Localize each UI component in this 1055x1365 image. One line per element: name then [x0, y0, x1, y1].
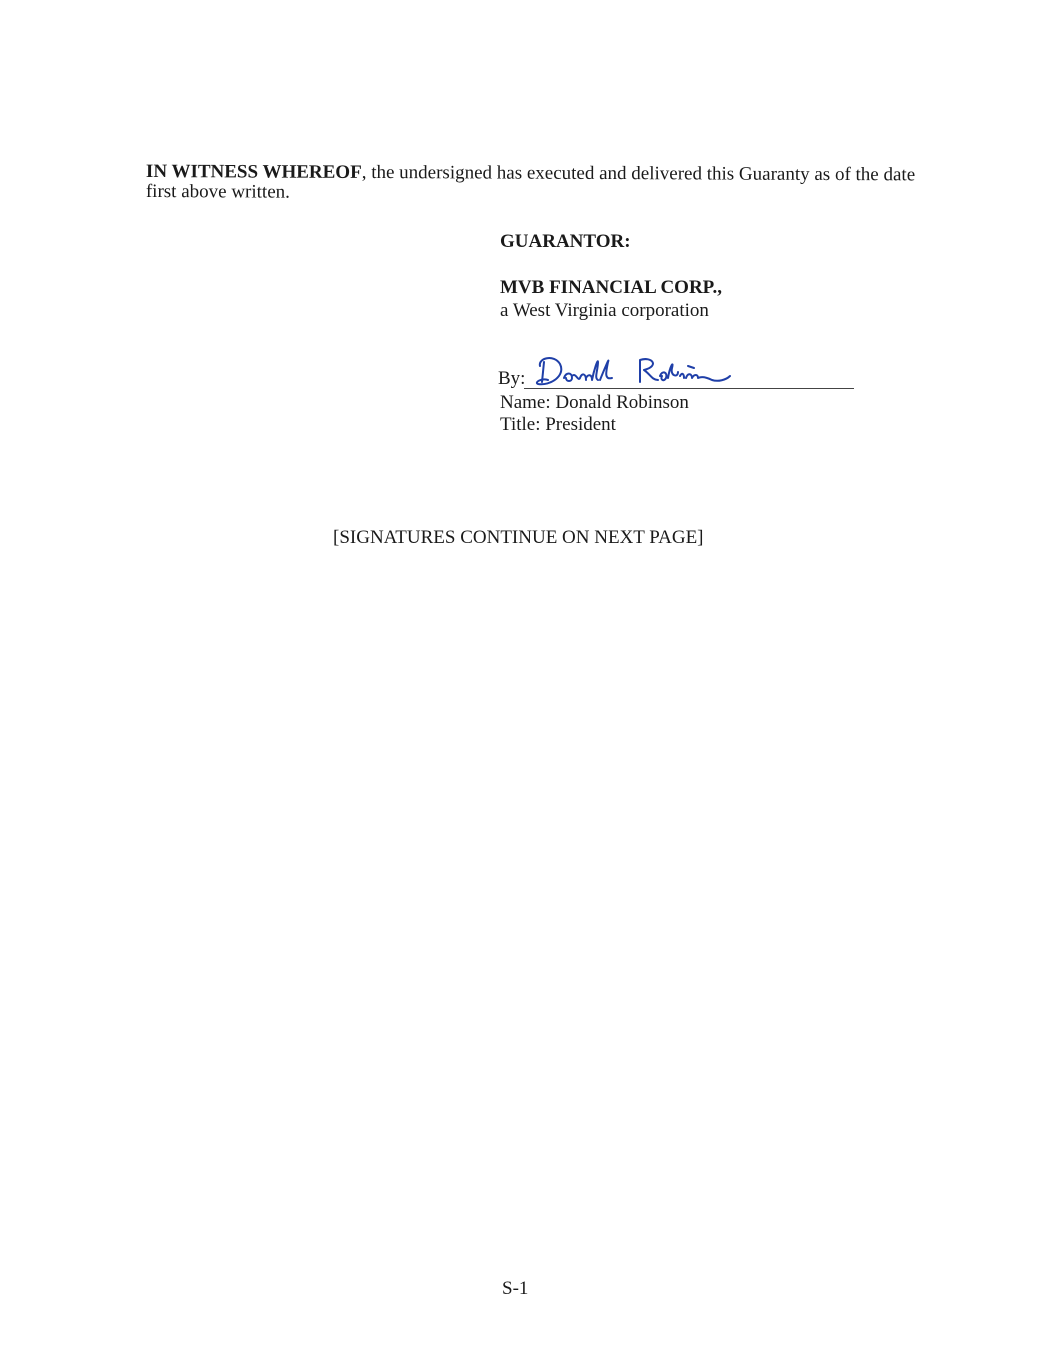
- company-description: a West Virginia corporation: [500, 300, 709, 322]
- witness-heading: IN WITNESS WHEREOF: [146, 161, 362, 183]
- continuation-note: [SIGNATURES CONTINUE ON NEXT PAGE]: [333, 527, 704, 549]
- witness-paragraph: IN WITNESS WHEREOF, the undersigned has …: [146, 162, 936, 205]
- signer-title: Title: President: [500, 414, 616, 436]
- company-name: MVB FINANCIAL CORP.,: [500, 277, 722, 299]
- by-label: By:: [498, 368, 525, 390]
- handwritten-signature: [532, 352, 742, 392]
- signature-line: By:: [498, 366, 854, 392]
- page-number: S-1: [502, 1278, 528, 1300]
- guarantor-label: GUARANTOR:: [500, 231, 631, 253]
- signer-name: Name: Donald Robinson: [500, 392, 689, 414]
